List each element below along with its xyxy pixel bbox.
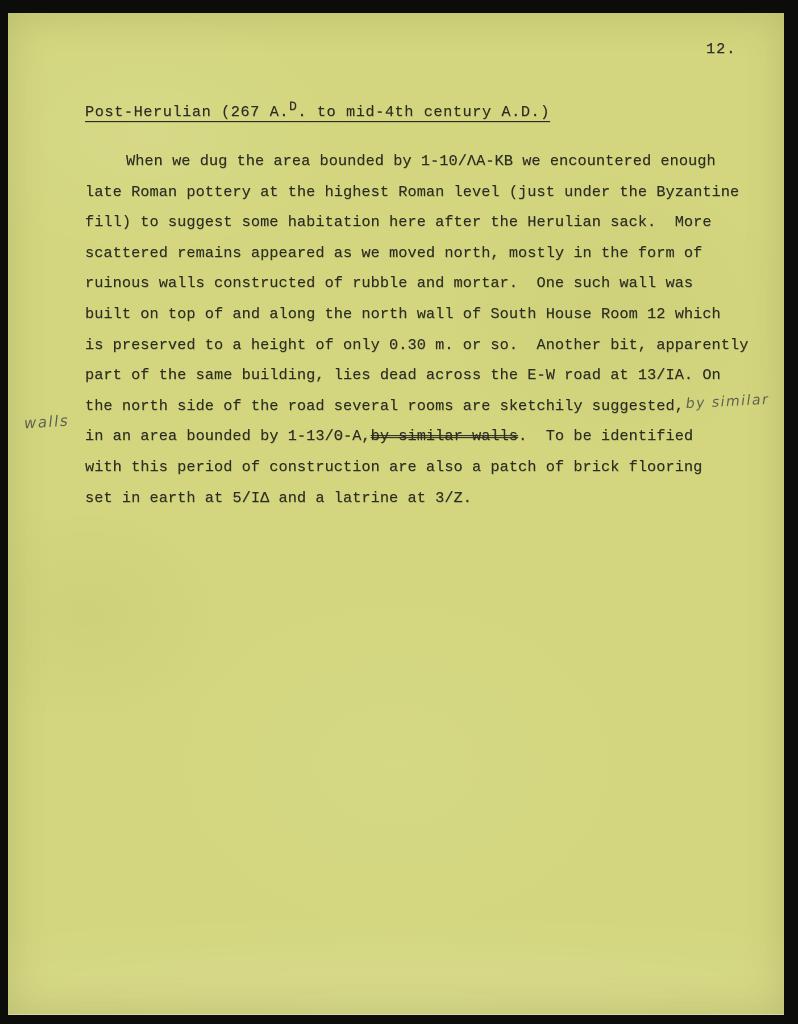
page-number: 12. (706, 40, 736, 58)
handwritten-insertion: by similar (685, 385, 770, 420)
strikethrough-text: by similar walls (371, 427, 518, 445)
text-line: late Roman pottery at the highest Roman … (85, 177, 775, 208)
text-line: When we dug the area bounded by 1-10/ΛA-… (85, 146, 775, 177)
text-line: scattered remains appeared as we moved n… (85, 238, 775, 269)
text-line: in an area bounded by 1-13/Θ-A,by simila… (85, 421, 775, 452)
heading-text-left: Post-Herulian (267 A. (85, 103, 289, 121)
body-paragraph: When we dug the area bounded by 1-10/ΛA-… (85, 146, 775, 513)
typed-text: in an area bounded by 1-13/Θ-A, (85, 427, 371, 445)
text-line: ruinous walls constructed of rubble and … (85, 268, 775, 299)
heading-text-right: . to mid-4th century A.D.) (297, 103, 550, 121)
text-line: fill) to suggest some habitation here af… (85, 207, 775, 238)
typed-text: . To be identified (518, 427, 693, 445)
text-line: built on top of and along the north wall… (85, 299, 775, 330)
section-heading: Post-Herulian (267 A.D. to mid-4th centu… (85, 103, 550, 121)
text-line: is preserved to a height of only 0.30 m.… (85, 330, 775, 361)
text-line: set in earth at 5/IΔ and a latrine at 3/… (85, 483, 775, 514)
text-line: with this period of construction are als… (85, 452, 775, 483)
typed-text: the north side of the road several rooms… (85, 397, 684, 415)
document-page: 12. Post-Herulian (267 A.D. to mid-4th c… (8, 13, 784, 1015)
heading-superscript-d: D (289, 99, 297, 114)
text-line: the north side of the road several rooms… (85, 391, 775, 422)
text-line: part of the same building, lies dead acr… (85, 360, 775, 391)
margin-annotation: walls (23, 411, 69, 432)
